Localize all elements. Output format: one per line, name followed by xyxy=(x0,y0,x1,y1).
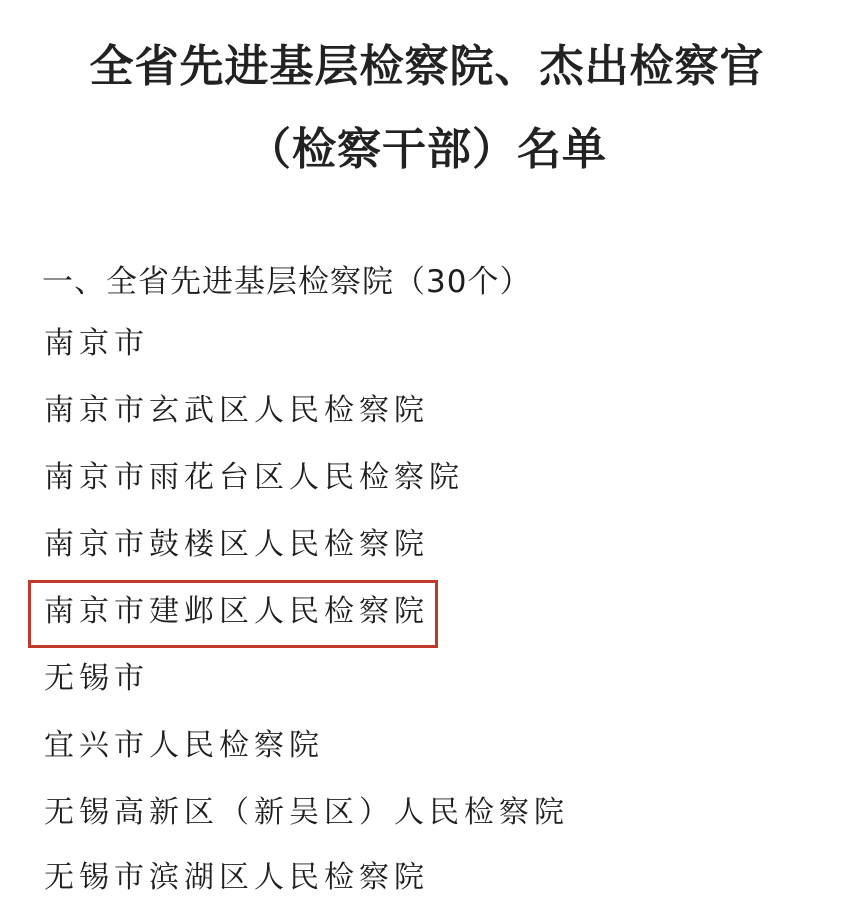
list-item: 宜兴市人民检察院 xyxy=(44,720,324,764)
list-item-highlighted: 南京市建邺区人民检察院 xyxy=(44,586,429,630)
list-item: 无锡高新区（新吴区）人民检察院 xyxy=(44,787,569,831)
list-item: 南京市雨花台区人民检察院 xyxy=(44,452,464,496)
city-label-wuxi: 无锡市 xyxy=(44,653,149,697)
list-item: 南京市玄武区人民检察院 xyxy=(44,385,429,429)
list-item: 南京市鼓楼区人民检察院 xyxy=(44,519,429,563)
list-item: 无锡市滨湖区人民检察院 xyxy=(44,852,429,896)
city-label-nanjing: 南京市 xyxy=(44,318,149,362)
document-title-line-2: （检察干部）名单 xyxy=(0,113,854,177)
document-title-line-1: 全省先进基层检察院、杰出检察官 xyxy=(0,30,854,94)
section-heading: 一、全省先进基层检察院（30个） xyxy=(42,256,531,301)
